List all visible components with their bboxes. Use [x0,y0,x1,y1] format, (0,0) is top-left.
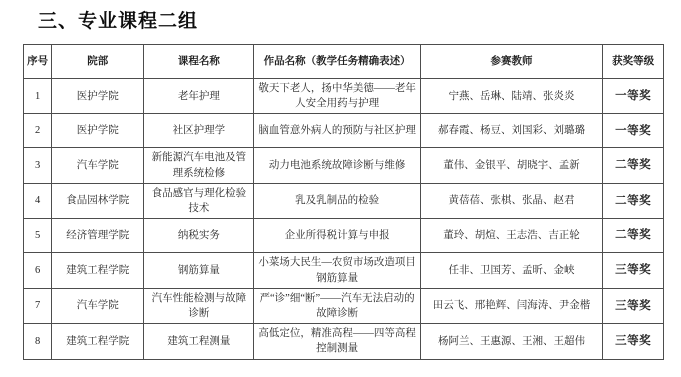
cell-work-name: 敬天下老人，扬中华美德——老年人安全用药与护理 [254,79,420,114]
table-row: 4食品园林学院食品感官与理化检验技术乳及乳制品的检验黄蓓蓓、张棋、张晶、赵君二等… [24,183,664,218]
column-header-course-name: 课程名称 [144,45,254,79]
cell-award-level: 二等奖 [603,183,664,218]
cell-award-level: 三等奖 [603,288,664,323]
cell-course-name: 汽车性能检测与故障诊断 [144,288,254,323]
cell-work-name: 乳及乳制品的检验 [254,183,420,218]
cell-index: 1 [24,79,52,114]
cell-teachers: 杨阿兰、王惠源、王湘、王超伟 [420,324,602,359]
cell-teachers: 田云飞、邢艳辉、闫海涛、尹金楷 [420,288,602,323]
table-row: 5经济管理学院纳税实务企业所得税计算与申报董玲、胡煊、王志浩、吉正轮二等奖 [24,219,664,253]
cell-index: 5 [24,219,52,253]
table-row: 7汽车学院汽车性能检测与故障诊断严“诊”细“断”——汽车无法启动的故障诊断田云飞… [24,288,664,323]
table-row: 8建筑工程学院建筑工程测量高低定位，精准高程——四等高程控制测量杨阿兰、王惠源、… [24,324,664,359]
cell-index: 7 [24,288,52,323]
cell-work-name: 小菜场大民生—农贸市场改造项目钢筋算量 [254,253,420,288]
document-page: 三、专业课程二组 序号院部课程名称作品名称（教学任务精确表述）参赛教师获奖等级 … [0,0,681,377]
cell-work-name: 高低定位，精准高程——四等高程控制测量 [254,324,420,359]
cell-work-name: 企业所得税计算与申报 [254,219,420,253]
cell-department: 经济管理学院 [52,219,144,253]
cell-award-level: 二等奖 [603,148,664,183]
cell-department: 食品园林学院 [52,183,144,218]
cell-department: 建筑工程学院 [52,324,144,359]
cell-course-name: 老年护理 [144,79,254,114]
cell-teachers: 宁燕、岳琳、陆靖、张炎炎 [420,79,602,114]
cell-course-name: 社区护理学 [144,114,254,148]
cell-award-level: 三等奖 [603,253,664,288]
cell-award-level: 一等奖 [603,114,664,148]
table-body: 1医护学院老年护理敬天下老人，扬中华美德——老年人安全用药与护理宁燕、岳琳、陆靖… [24,79,664,360]
table-row: 1医护学院老年护理敬天下老人，扬中华美德——老年人安全用药与护理宁燕、岳琳、陆靖… [24,79,664,114]
cell-award-level: 一等奖 [603,79,664,114]
cell-award-level: 二等奖 [603,219,664,253]
column-header-work-name: 作品名称（教学任务精确表述） [254,45,420,79]
cell-work-name: 脑血管意外病人的预防与社区护理 [254,114,420,148]
cell-teachers: 董伟、金银平、胡晓宇、孟新 [420,148,602,183]
cell-course-name: 食品感官与理化检验技术 [144,183,254,218]
table-row: 2医护学院社区护理学脑血管意外病人的预防与社区护理郝春霞、杨豆、刘国彩、刘璐璐一… [24,114,664,148]
cell-award-level: 三等奖 [603,324,664,359]
cell-index: 3 [24,148,52,183]
cell-index: 4 [24,183,52,218]
column-header-award-level: 获奖等级 [603,45,664,79]
cell-department: 汽车学院 [52,288,144,323]
cell-course-name: 新能源汽车电池及管理系统检修 [144,148,254,183]
column-header-teachers: 参赛教师 [420,45,602,79]
cell-department: 医护学院 [52,114,144,148]
cell-teachers: 郝春霞、杨豆、刘国彩、刘璐璐 [420,114,602,148]
award-table: 序号院部课程名称作品名称（教学任务精确表述）参赛教师获奖等级 1医护学院老年护理… [23,44,664,360]
cell-course-name: 纳税实务 [144,219,254,253]
cell-teachers: 任非、卫国芳、孟昕、金峡 [420,253,602,288]
cell-department: 汽车学院 [52,148,144,183]
cell-index: 8 [24,324,52,359]
cell-work-name: 动力电池系统故障诊断与维修 [254,148,420,183]
cell-department: 医护学院 [52,79,144,114]
cell-department: 建筑工程学院 [52,253,144,288]
cell-teachers: 黄蓓蓓、张棋、张晶、赵君 [420,183,602,218]
cell-course-name: 建筑工程测量 [144,324,254,359]
cell-teachers: 董玲、胡煊、王志浩、吉正轮 [420,219,602,253]
page-title: 三、专业课程二组 [38,6,198,33]
column-header-department: 院部 [52,45,144,79]
cell-work-name: 严“诊”细“断”——汽车无法启动的故障诊断 [254,288,420,323]
table-header-row: 序号院部课程名称作品名称（教学任务精确表述）参赛教师获奖等级 [24,45,664,79]
cell-index: 6 [24,253,52,288]
cell-index: 2 [24,114,52,148]
cell-course-name: 钢筋算量 [144,253,254,288]
column-header-index: 序号 [24,45,52,79]
table-row: 3汽车学院新能源汽车电池及管理系统检修动力电池系统故障诊断与维修董伟、金银平、胡… [24,148,664,183]
table-row: 6建筑工程学院钢筋算量小菜场大民生—农贸市场改造项目钢筋算量任非、卫国芳、孟昕、… [24,253,664,288]
